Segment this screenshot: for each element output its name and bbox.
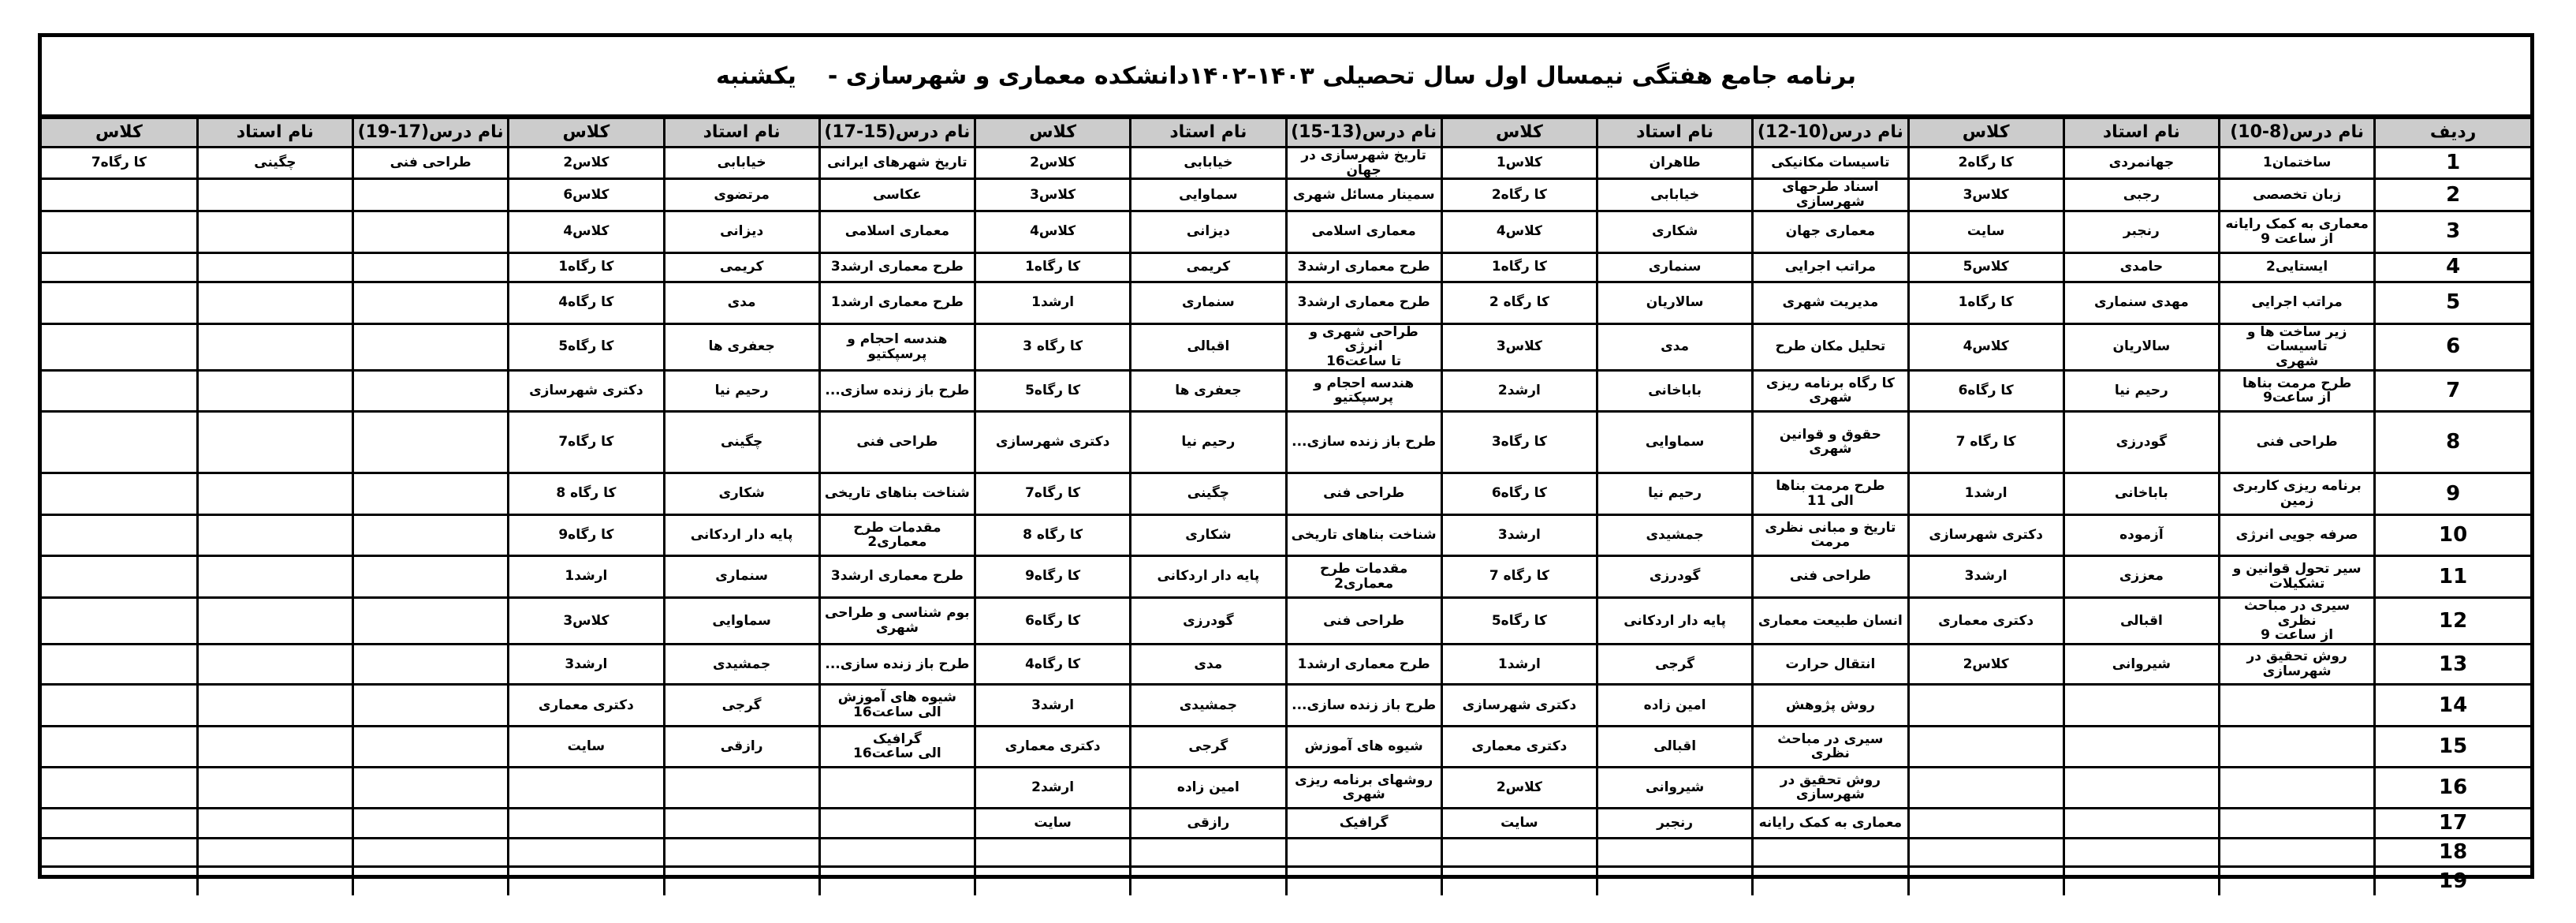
table-cell: مقدمات طرح معماری2 (1286, 555, 1441, 597)
table-cell: طرح باز زنده سازی... (819, 370, 975, 411)
table-cell (353, 370, 509, 411)
table-cell (664, 838, 819, 866)
table-cell: کلاس6 (509, 179, 664, 211)
table-cell: حقوق و قوانین شهری (1753, 411, 1908, 473)
table-cell: طراحی فنی (2220, 411, 2375, 473)
table-cell: ارشد1 (509, 555, 664, 597)
table-row: 14روش پژوهشامین زادهدکتری شهرسازیطرح باز… (42, 684, 2530, 726)
table-cell (353, 808, 509, 838)
table-cell (2063, 767, 2219, 808)
table-cell: تاریخ شهرهای ایرانی (819, 148, 975, 179)
table-cell: کا رگاه7 (509, 411, 664, 473)
table-cell: شکاری (1597, 211, 1753, 252)
table-cell: کا رگاه 3 (975, 323, 1131, 370)
schedule-sheet: برنامه جامع هفتگی نیمسال اول سال تحصیلی … (38, 33, 2534, 879)
table-cell (1131, 866, 1286, 895)
table-cell (197, 808, 352, 838)
column-header: نام استاد (664, 118, 819, 148)
row-number: 15 (2375, 726, 2530, 767)
row-number: 3 (2375, 211, 2530, 252)
table-cell: روش تحقیق در شهرسازی (2220, 644, 2375, 684)
table-cell: طرح معماری ارشد3 (819, 555, 975, 597)
table-cell (2063, 866, 2219, 895)
table-cell (197, 514, 352, 555)
table-cell: روش تحقیق در شهرسازی (1753, 767, 1908, 808)
table-cell (1908, 684, 2063, 726)
table-cell (353, 514, 509, 555)
table-cell: جمشیدی (1131, 684, 1286, 726)
table-cell (197, 838, 352, 866)
table-cell (42, 808, 197, 838)
table-cell: سایت (1908, 211, 2063, 252)
table-row: 12سیری در مباحث نظری از ساعت 9اقبالیدکتر… (42, 597, 2530, 644)
title-main: برنامه جامع هفتگی نیمسال اول سال تحصیلی … (828, 62, 1856, 90)
table-cell (819, 767, 975, 808)
table-cell (819, 838, 975, 866)
table-cell (353, 726, 509, 767)
table-cell (2063, 684, 2219, 726)
table-row: 19 (42, 866, 2530, 895)
table-cell: کا رگاه4 (509, 282, 664, 323)
row-number: 18 (2375, 838, 2530, 866)
table-cell: گرجی (1131, 726, 1286, 767)
table-cell (664, 767, 819, 808)
table-cell (353, 211, 509, 252)
table-cell (1131, 838, 1286, 866)
table-cell: شیروانی (1597, 767, 1753, 808)
table-row: 8طراحی فنیگودرزیکا رگاه 7حقوق و قوانین ش… (42, 411, 2530, 473)
table-cell: گرافیک (1286, 808, 1441, 838)
table-cell (1908, 838, 2063, 866)
column-header: کلاس (42, 118, 197, 148)
row-number: 2 (2375, 179, 2530, 211)
table-cell (42, 411, 197, 473)
table-cell: معماری اسلامی (1286, 211, 1441, 252)
table-row: 13روش تحقیق در شهرسازیشیروانیکلاس2انتقال… (42, 644, 2530, 684)
table-row: 5مراتب اجراییمهدی سنماریکا رگاه1مدیریت ش… (42, 282, 2530, 323)
table-cell: رنجبر (1597, 808, 1753, 838)
table-row: 1ساختمان1جهانمردیکا رگاه2تاسیسات مکانیکی… (42, 148, 2530, 179)
row-number: 11 (2375, 555, 2530, 597)
table-cell (353, 597, 509, 644)
table-cell (819, 808, 975, 838)
table-cell: گرافیک الی ساعت16 (819, 726, 975, 767)
table-cell: خیابابی (664, 148, 819, 179)
table-cell: کلاس3 (1441, 323, 1597, 370)
table-row: 6زیر ساخت ها و تاسیسات شهریسالاریانکلاس4… (42, 323, 2530, 370)
table-cell: معززی (2063, 555, 2219, 597)
table-cell: مهدی سنماری (2063, 282, 2219, 323)
table-cell: کلاس1 (1441, 148, 1597, 179)
table-cell: دکتری معماری (509, 684, 664, 726)
table-cell: سایت (975, 808, 1131, 838)
table-cell: دیزانی (664, 211, 819, 252)
table-cell (353, 323, 509, 370)
table-cell (2063, 808, 2219, 838)
table-row: 2زبان تخصصیرجبیکلاس3اسناد طرحهای شهرسازی… (42, 179, 2530, 211)
table-cell: دکتری شهرسازی (1908, 514, 2063, 555)
table-cell (197, 473, 352, 514)
table-cell: ارشد3 (1908, 555, 2063, 597)
table-cell (2063, 726, 2219, 767)
table-cell: طرح باز زنده سازی... (1286, 684, 1441, 726)
table-cell: سماوایی (1131, 179, 1286, 211)
table-cell (42, 179, 197, 211)
table-cell: ارشد1 (975, 282, 1131, 323)
table-row: 17معماری به کمک رایانهرنجبرسایتگرافیکراز… (42, 808, 2530, 838)
table-cell: کا رگاه5 (509, 323, 664, 370)
table-cell: چگینی (197, 148, 352, 179)
table-cell (42, 597, 197, 644)
table-cell: رازقی (1131, 808, 1286, 838)
column-header: نام استاد (1597, 118, 1753, 148)
title-day: یکشنبه (716, 62, 796, 90)
table-cell: هندسه احجام و پرسپکتیو (819, 323, 975, 370)
table-cell (353, 866, 509, 895)
row-number: 13 (2375, 644, 2530, 684)
table-cell: گودرزی (1597, 555, 1753, 597)
table-cell: گرجی (1597, 644, 1753, 684)
table-cell: دکتری معماری (1441, 726, 1597, 767)
table-cell: شیوه های آموزش (1286, 726, 1441, 767)
table-cell: طرح باز زنده سازی... (819, 644, 975, 684)
table-cell: اسناد طرحهای شهرسازی (1753, 179, 1908, 211)
column-header: نام درس(13-15) (1286, 118, 1441, 148)
table-cell (353, 644, 509, 684)
table-cell (1441, 838, 1597, 866)
row-number: 9 (2375, 473, 2530, 514)
table-cell: اقبالی (2063, 597, 2219, 644)
table-cell (197, 252, 352, 282)
table-cell: پایه دار اردکانی (664, 514, 819, 555)
table-cell (975, 838, 1131, 866)
table-cell: رحیم نیا (2063, 370, 2219, 411)
table-cell: کلاس4 (1908, 323, 2063, 370)
table-cell: کا رگاه 8 (975, 514, 1131, 555)
table-cell (664, 808, 819, 838)
table-cell: طرح معماری ارشد3 (1286, 282, 1441, 323)
table-cell (353, 179, 509, 211)
table-cell: جمشیدی (664, 644, 819, 684)
column-header: نام درس(15-17) (819, 118, 975, 148)
table-cell: کا رگاه7 (975, 473, 1131, 514)
table-cell (1753, 838, 1908, 866)
table-cell: طاهران (1597, 148, 1753, 179)
table-cell: جعفری ها (664, 323, 819, 370)
table-cell: باباخانی (1597, 370, 1753, 411)
column-header: کلاس (1441, 118, 1597, 148)
table-cell: کا رگاه 7 (1441, 555, 1597, 597)
table-cell: سنماری (664, 555, 819, 597)
column-header: کلاس (509, 118, 664, 148)
table-cell (42, 370, 197, 411)
table-row: 7طرح مرمت بناها از ساعت9رحیم نیاکا رگاه6… (42, 370, 2530, 411)
table-cell: کا رگاه 2 (1441, 282, 1597, 323)
table-cell: کلاس2 (1441, 767, 1597, 808)
table-cell: خیابابی (1131, 148, 1286, 179)
table-cell (353, 767, 509, 808)
table-cell (1908, 726, 2063, 767)
table-cell: کلاس5 (1908, 252, 2063, 282)
table-cell: ارشد3 (975, 684, 1131, 726)
table-cell (2063, 838, 2219, 866)
table-cell: کا رگاه 8 (509, 473, 664, 514)
table-cell: سایت (509, 726, 664, 767)
table-cell: کلاس2 (509, 148, 664, 179)
table-cell: سماوایی (664, 597, 819, 644)
table-cell (2220, 726, 2375, 767)
table-cell: کریمی (1131, 252, 1286, 282)
table-row: 10صرفه جویی انرژیآزمودهدکتری شهرسازیتاری… (42, 514, 2530, 555)
table-cell: شیوه های آموزش الی ساعت16 (819, 684, 975, 726)
table-cell (197, 597, 352, 644)
table-cell: ارشد2 (1441, 370, 1597, 411)
table-cell: طرح معماری ارشد3 (1286, 252, 1441, 282)
table-cell (197, 411, 352, 473)
table-body: 1ساختمان1جهانمردیکا رگاه2تاسیسات مکانیکی… (42, 148, 2530, 896)
table-cell (2220, 808, 2375, 838)
table-cell (1908, 767, 2063, 808)
table-cell: انتقال حرارت (1753, 644, 1908, 684)
table-cell: زبان تخصصی (2220, 179, 2375, 211)
table-cell (664, 866, 819, 895)
table-cell (2220, 838, 2375, 866)
table-cell: عکاسی (819, 179, 975, 211)
table-row: 18 (42, 838, 2530, 866)
table-cell: تاریخ و مبانی نظری مرمت (1753, 514, 1908, 555)
column-header: نام استاد (1131, 118, 1286, 148)
table-cell: کا رگاه6 (1441, 473, 1597, 514)
table-cell (1441, 866, 1597, 895)
table-cell: رحیم نیا (1131, 411, 1286, 473)
table-row: 16روش تحقیق در شهرسازیشیروانیکلاس2روشهای… (42, 767, 2530, 808)
table-cell: اقبالی (1597, 726, 1753, 767)
table-cell: مدیریت شهری (1753, 282, 1908, 323)
table-cell (353, 684, 509, 726)
table-cell: جهانمردی (2063, 148, 2219, 179)
table-cell: معماری به کمک رایانه از ساعت 9 (2220, 211, 2375, 252)
table-cell: ارشد1 (1441, 644, 1597, 684)
table-cell (197, 684, 352, 726)
table-cell: گودرزی (2063, 411, 2219, 473)
table-cell (509, 808, 664, 838)
table-cell: طرح معماری ارشد3 (819, 252, 975, 282)
table-cell: بوم شناسی و طراحی شهری (819, 597, 975, 644)
table-cell (1753, 866, 1908, 895)
table-cell: دکتری شهرسازی (975, 411, 1131, 473)
column-header: نام درس(17-19) (353, 118, 509, 148)
table-cell: روش پژوهش (1753, 684, 1908, 726)
table-cell: تحلیل مکان طرح (1753, 323, 1908, 370)
table-cell: انسان طبیعت معماری (1753, 597, 1908, 644)
table-cell (509, 838, 664, 866)
table-cell: ساختمان1 (2220, 148, 2375, 179)
table-cell: اقبالی (1131, 323, 1286, 370)
column-header: نام استاد (2063, 118, 2219, 148)
table-cell: طراحی فنی (1753, 555, 1908, 597)
table-cell (42, 473, 197, 514)
row-number: 7 (2375, 370, 2530, 411)
table-cell: امین زاده (1131, 767, 1286, 808)
table-cell (42, 838, 197, 866)
table-cell (42, 767, 197, 808)
table-cell: کا رگاه برنامه ریزی شهری (1753, 370, 1908, 411)
table-cell: شکاری (664, 473, 819, 514)
table-cell: کا رگاه2 (1908, 148, 2063, 179)
row-number: 17 (2375, 808, 2530, 838)
table-cell: برنامه ریزی کاربری زمین (2220, 473, 2375, 514)
table-cell (197, 726, 352, 767)
column-header: نام درس(10-12) (1753, 118, 1908, 148)
row-number: 19 (2375, 866, 2530, 895)
table-cell: کا رگاه1 (975, 252, 1131, 282)
table-cell: کلاس2 (1908, 644, 2063, 684)
table-cell: طراحی فنی (1286, 597, 1441, 644)
table-cell: چگینی (1131, 473, 1286, 514)
table-cell: مرتضوی (664, 179, 819, 211)
table-cell: ارشد2 (975, 767, 1131, 808)
table-cell (1597, 866, 1753, 895)
table-cell: دکتری شهرسازی (1441, 684, 1597, 726)
table-cell: دیزانی (1131, 211, 1286, 252)
table-cell (509, 866, 664, 895)
table-cell (42, 644, 197, 684)
table-cell: گودرزی (1131, 597, 1286, 644)
column-header: نام درس(8-10) (2220, 118, 2375, 148)
table-cell: دکتری شهرسازی (509, 370, 664, 411)
table-cell: ایستایی2 (2220, 252, 2375, 282)
table-cell: کلاس3 (1908, 179, 2063, 211)
table-cell (197, 282, 352, 323)
table-cell (353, 473, 509, 514)
table-cell: کلاس2 (975, 148, 1131, 179)
table-cell: کا رگاه4 (975, 644, 1131, 684)
table-cell (197, 767, 352, 808)
table-cell: مقدمات طرح معماری2 (819, 514, 975, 555)
column-header: ردیف (2375, 118, 2530, 148)
table-cell: طراحی فنی (353, 148, 509, 179)
table-cell: سیر تحول قوانین و تشکیلات (2220, 555, 2375, 597)
table-cell: دکتری معماری (975, 726, 1131, 767)
row-number: 14 (2375, 684, 2530, 726)
table-cell (2220, 866, 2375, 895)
table-cell: کا رگاه1 (509, 252, 664, 282)
table-cell: پایه دار اردکانی (1131, 555, 1286, 597)
table-cell (42, 726, 197, 767)
table-cell: شناخت بناهای تاریخی (819, 473, 975, 514)
table-cell: رنجبر (2063, 211, 2219, 252)
table-cell: کا رگاه 7 (1908, 411, 2063, 473)
column-header: کلاس (975, 118, 1131, 148)
table-cell: چگینی (664, 411, 819, 473)
table-cell (197, 370, 352, 411)
page-title: برنامه جامع هفتگی نیمسال اول سال تحصیلی … (42, 37, 2530, 117)
row-number: 8 (2375, 411, 2530, 473)
table-cell: طراحی فنی (819, 411, 975, 473)
table-cell: جمشیدی (1597, 514, 1753, 555)
table-cell: کا رگاه6 (1908, 370, 2063, 411)
table-cell (509, 767, 664, 808)
table-cell (197, 866, 352, 895)
table-cell (197, 555, 352, 597)
table-cell (1286, 866, 1441, 895)
table-cell: معماری به کمک رایانه (1753, 808, 1908, 838)
table-cell: سنماری (1597, 252, 1753, 282)
table-cell: کا رگاه5 (975, 370, 1131, 411)
table-cell: گرجی (664, 684, 819, 726)
table-cell: سالاریان (2063, 323, 2219, 370)
table-cell (42, 323, 197, 370)
table-cell: مدی (664, 282, 819, 323)
row-number: 4 (2375, 252, 2530, 282)
table-cell: حامدی (2063, 252, 2219, 282)
table-cell (197, 323, 352, 370)
column-header: نام استاد (197, 118, 352, 148)
table-cell: طرح باز زنده سازی... (1286, 411, 1441, 473)
row-number: 12 (2375, 597, 2530, 644)
table-cell (197, 211, 352, 252)
table-cell (42, 211, 197, 252)
table-cell (819, 866, 975, 895)
table-cell: کا رگاه6 (975, 597, 1131, 644)
table-cell: معماری جهان (1753, 211, 1908, 252)
table-cell: تاسیسات مکانیکی (1753, 148, 1908, 179)
table-cell: کا رگاه1 (1908, 282, 2063, 323)
table-cell (42, 684, 197, 726)
row-number: 6 (2375, 323, 2530, 370)
table-cell: کریمی (664, 252, 819, 282)
table-cell (197, 644, 352, 684)
table-cell: شکاری (1131, 514, 1286, 555)
table-cell: پایه دار اردکانی (1597, 597, 1753, 644)
table-cell (353, 252, 509, 282)
table-cell: کا رگاه9 (975, 555, 1131, 597)
table-cell: طراحی فنی (1286, 473, 1441, 514)
table-cell: طرح معماری ارشد1 (819, 282, 975, 323)
table-cell: کلاس3 (975, 179, 1131, 211)
table-cell: جعفری ها (1131, 370, 1286, 411)
table-cell (42, 555, 197, 597)
table-cell: شناخت بناهای تاریخی (1286, 514, 1441, 555)
table-cell: کلاس4 (1441, 211, 1597, 252)
row-number: 1 (2375, 148, 2530, 179)
row-number: 5 (2375, 282, 2530, 323)
table-row: 3معماری به کمک رایانه از ساعت 9رنجبرسایت… (42, 211, 2530, 252)
table-row: 15سیری در مباحث نظریاقبالیدکتری معماریشی… (42, 726, 2530, 767)
table-cell: ارشد3 (1441, 514, 1597, 555)
table-cell (2220, 767, 2375, 808)
table-cell: سیری در مباحث نظری (1753, 726, 1908, 767)
table-cell (2220, 684, 2375, 726)
table-cell (42, 514, 197, 555)
table-cell: سمینار مسائل شهری (1286, 179, 1441, 211)
table-cell: طرح مرمت بناها از ساعت9 (2220, 370, 2375, 411)
table-cell: امین زاده (1597, 684, 1753, 726)
table-cell (197, 179, 352, 211)
table-cell: سایت (1441, 808, 1597, 838)
table-cell: سماوایی (1597, 411, 1753, 473)
table-row: 9برنامه ریزی کاربری زمینباباخانیارشد1طرح… (42, 473, 2530, 514)
table-cell (1286, 838, 1441, 866)
table-cell: روشهای برنامه ریزی شهری (1286, 767, 1441, 808)
table-cell: کلاس4 (509, 211, 664, 252)
table-cell: کا رگاه1 (1441, 252, 1597, 282)
table-row: 11سیر تحول قوانین و تشکیلاتمعززیارشد3طرا… (42, 555, 2530, 597)
table-cell: سالاریان (1597, 282, 1753, 323)
table-cell: مراتب اجرایی (1753, 252, 1908, 282)
table-cell (353, 282, 509, 323)
schedule-table: ردیفنام درس(8-10)نام استادکلاسنام درس(10… (42, 117, 2530, 895)
